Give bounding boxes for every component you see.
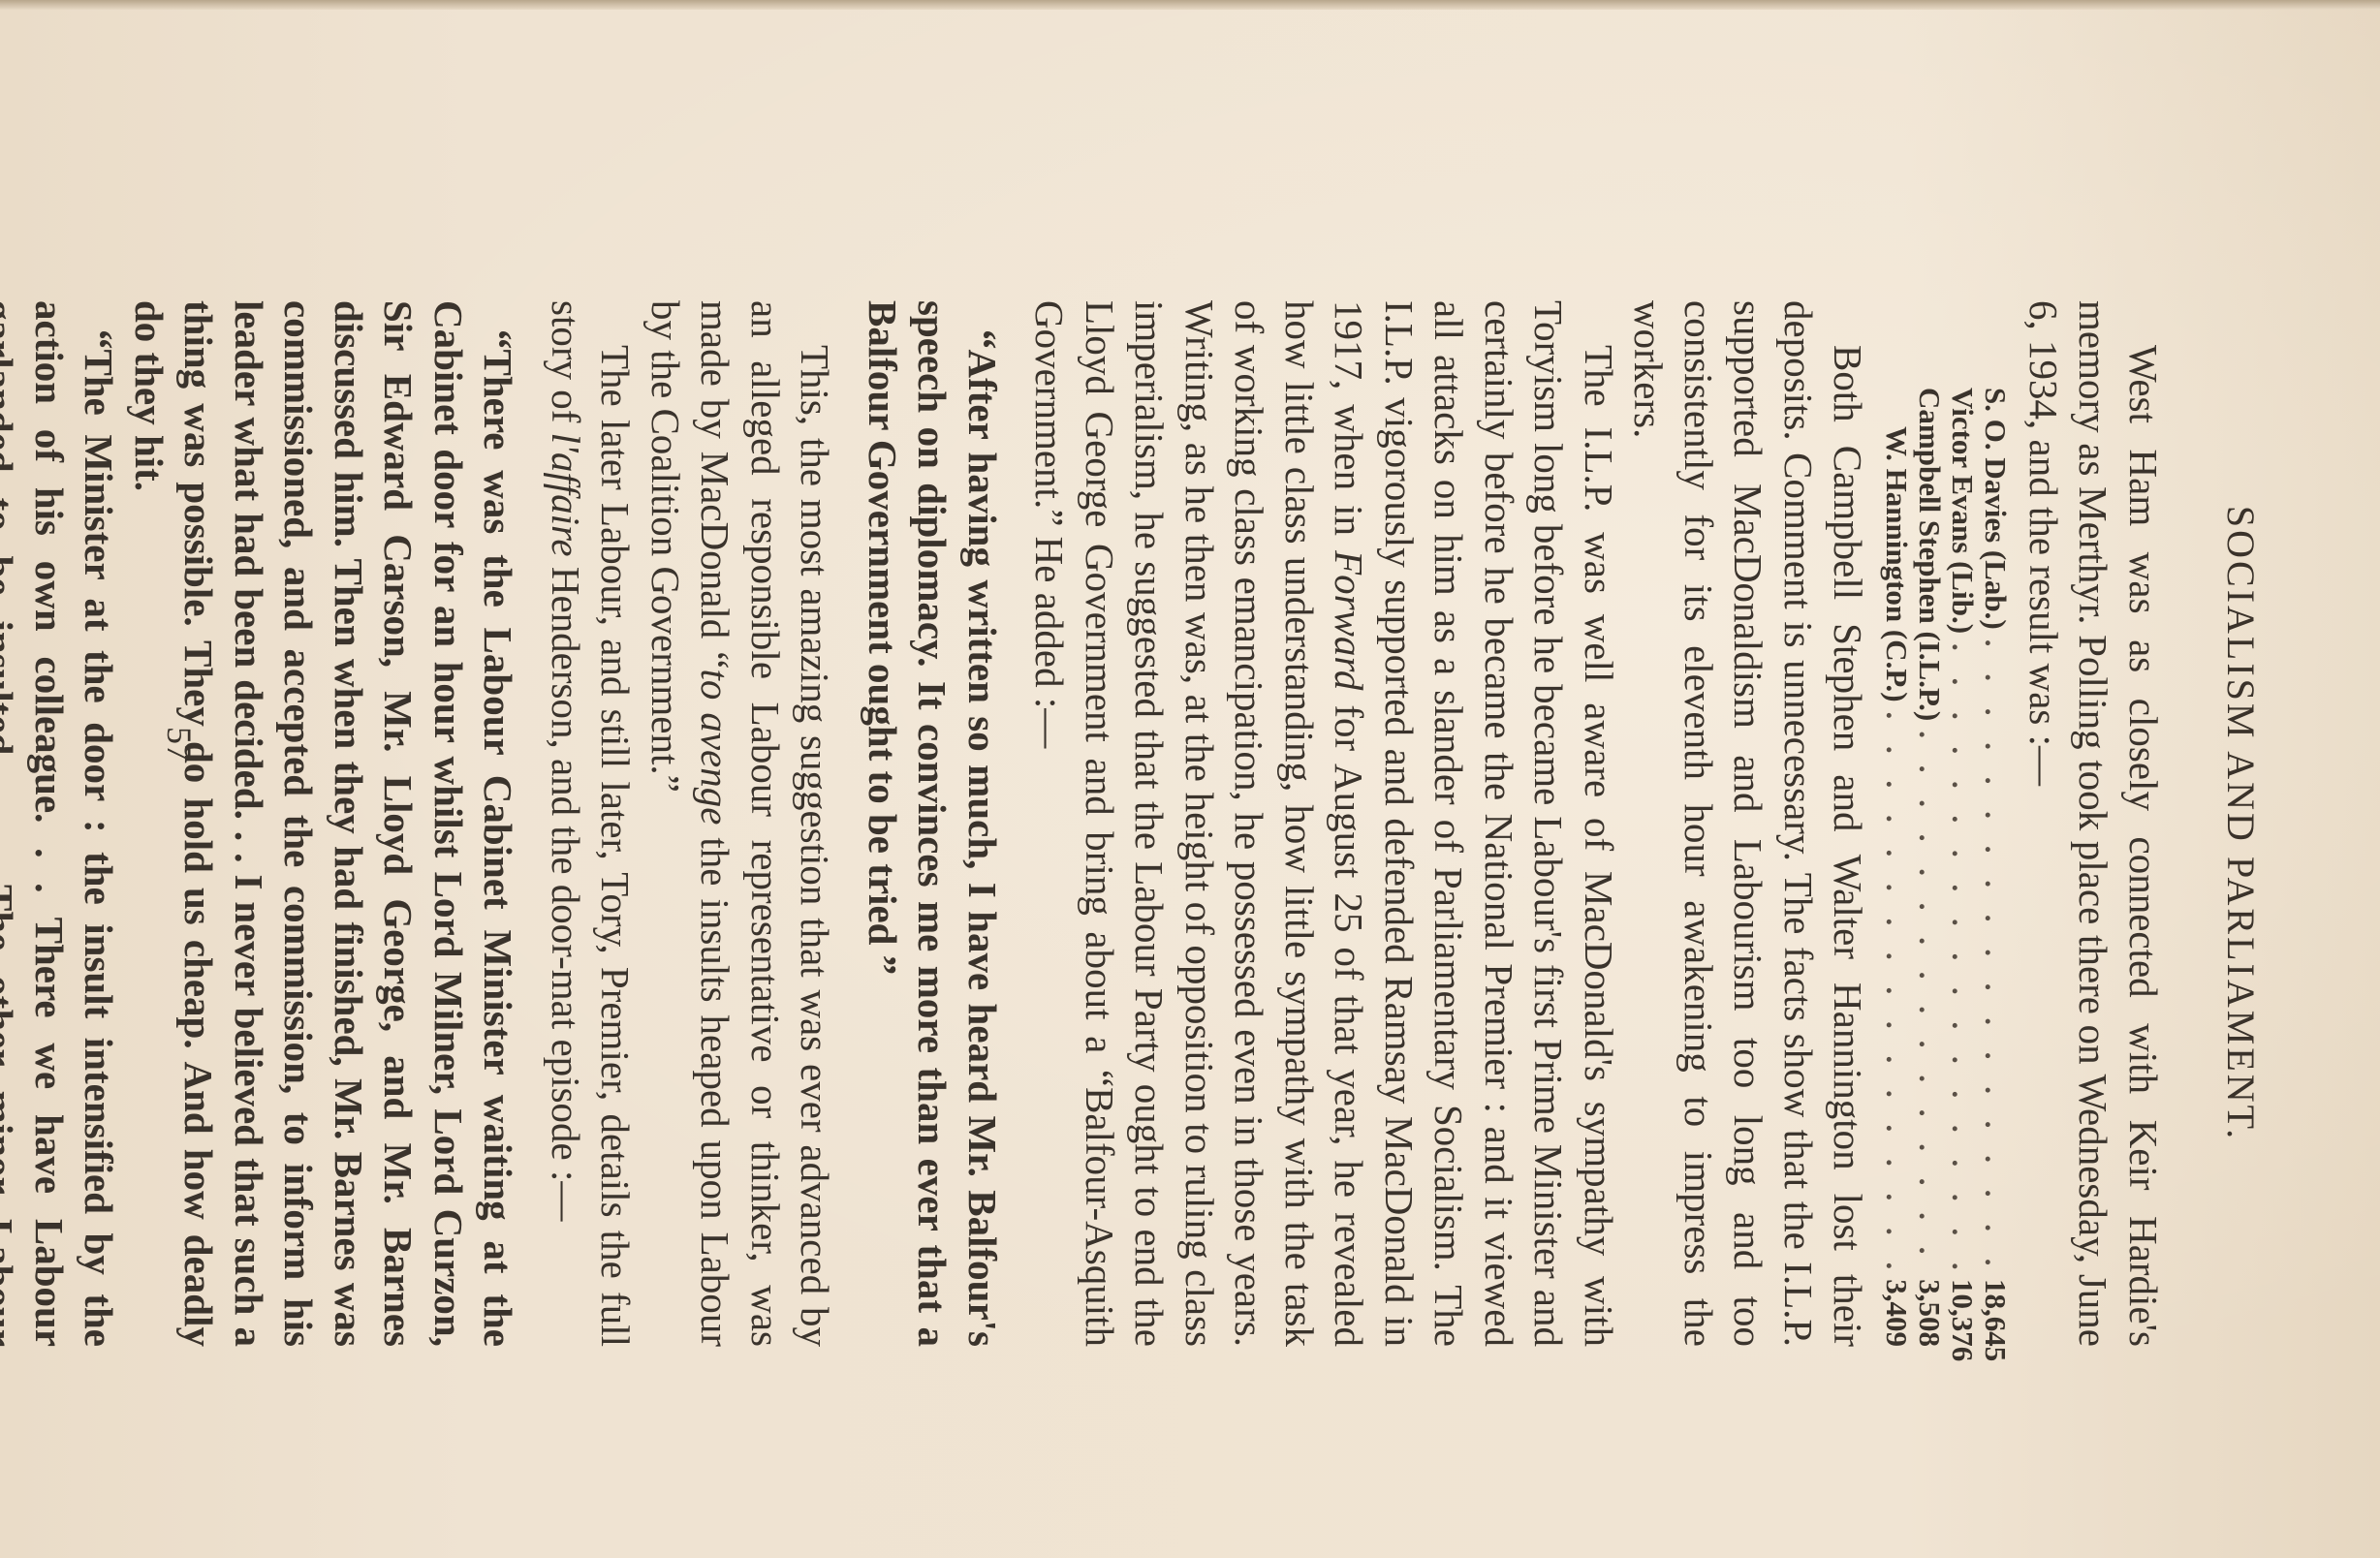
- spacer: [840, 300, 858, 1347]
- leader-dots: . . . . . . . . . . . . . . . . . . .: [1914, 721, 1947, 1279]
- result-row: W. Hannington (C.P.) . . . . . . . . . .…: [1881, 300, 1914, 1347]
- vote-count: 10,376: [1947, 1279, 1980, 1347]
- paragraph-amazing-suggestion: This, the most amazing suggestion that w…: [641, 300, 840, 1347]
- paragraph-later-labour: The later Labour, and still later, Tory,…: [541, 300, 641, 1347]
- leader-dots: . . . . . . . . . . . . . . . . . . .: [1980, 630, 2013, 1279]
- vote-count: 3,508: [1914, 1279, 1947, 1347]
- vote-count: 3,409: [1881, 1279, 1914, 1347]
- text-column: SOCIALISM AND PARLIAMENT. West Ham was a…: [0, 300, 2264, 1347]
- book-page-rotated: SOCIALISM AND PARLIAMENT. West Ham was a…: [0, 0, 2380, 1558]
- candidate-name: Victor Evans (Lib.): [1947, 300, 1980, 634]
- italic-phrase: to avenge: [694, 669, 738, 825]
- result-row: S. O. Davies (Lab.) . . . . . . . . . . …: [1980, 300, 2013, 1347]
- election-results-table: S. O. Davies (Lab.) . . . . . . . . . . …: [1881, 300, 2013, 1347]
- vote-count: 18,645: [1980, 1279, 2013, 1347]
- running-head: SOCIALISM AND PARLIAMENT.: [2218, 300, 2264, 1347]
- candidate-name: Campbell Stephen (I.L.P.): [1914, 300, 1947, 721]
- italic-title: Forward: [1328, 550, 1372, 690]
- leader-dots: . . . . . . . . . . . . . . . . . . .: [1881, 702, 1914, 1279]
- candidate-name: W. Hannington (C.P.): [1881, 300, 1914, 702]
- result-row: Victor Evans (Lib.) . . . . . . . . . . …: [1947, 300, 1980, 1347]
- text-run: for August 25 of that year, he revealed …: [1028, 300, 1372, 1347]
- quote-paragraph: “There was the Labour Cabinet Minister w…: [124, 300, 523, 1347]
- page-number: 57: [159, 727, 200, 762]
- spacer: [1007, 300, 1024, 1347]
- quote-text: “After having written so much, I have he…: [858, 300, 1008, 1347]
- quote-paragraph: “The Minister at the door : the insult i…: [0, 300, 124, 1347]
- text-run: Henderson, and the door-mat episode :—: [544, 557, 588, 1222]
- quote-door-mat-episode: “There was the Labour Cabinet Minister w…: [0, 300, 523, 1347]
- paragraph-deposits: Both Campbell Stephen and Walter Hanning…: [1623, 300, 1873, 1347]
- leader-dots: . . . . . . . . . . . . . . . . . . .: [1947, 634, 1980, 1279]
- paragraph-ilp-aware: The I.L.P. was well aware of MacDonald's…: [1024, 300, 1623, 1347]
- paragraph-west-ham: West Ham was as closely connected with K…: [2019, 300, 2169, 1347]
- spacer: [523, 300, 541, 1347]
- candidate-name: S. O. Davies (Lab.): [1980, 300, 2013, 630]
- quote-balfour-diplomacy: “After having written so much, I have he…: [858, 300, 1008, 1347]
- result-row: Campbell Stephen (I.L.P.) . . . . . . . …: [1914, 300, 1947, 1347]
- italic-phrase: l'affaire: [544, 433, 588, 557]
